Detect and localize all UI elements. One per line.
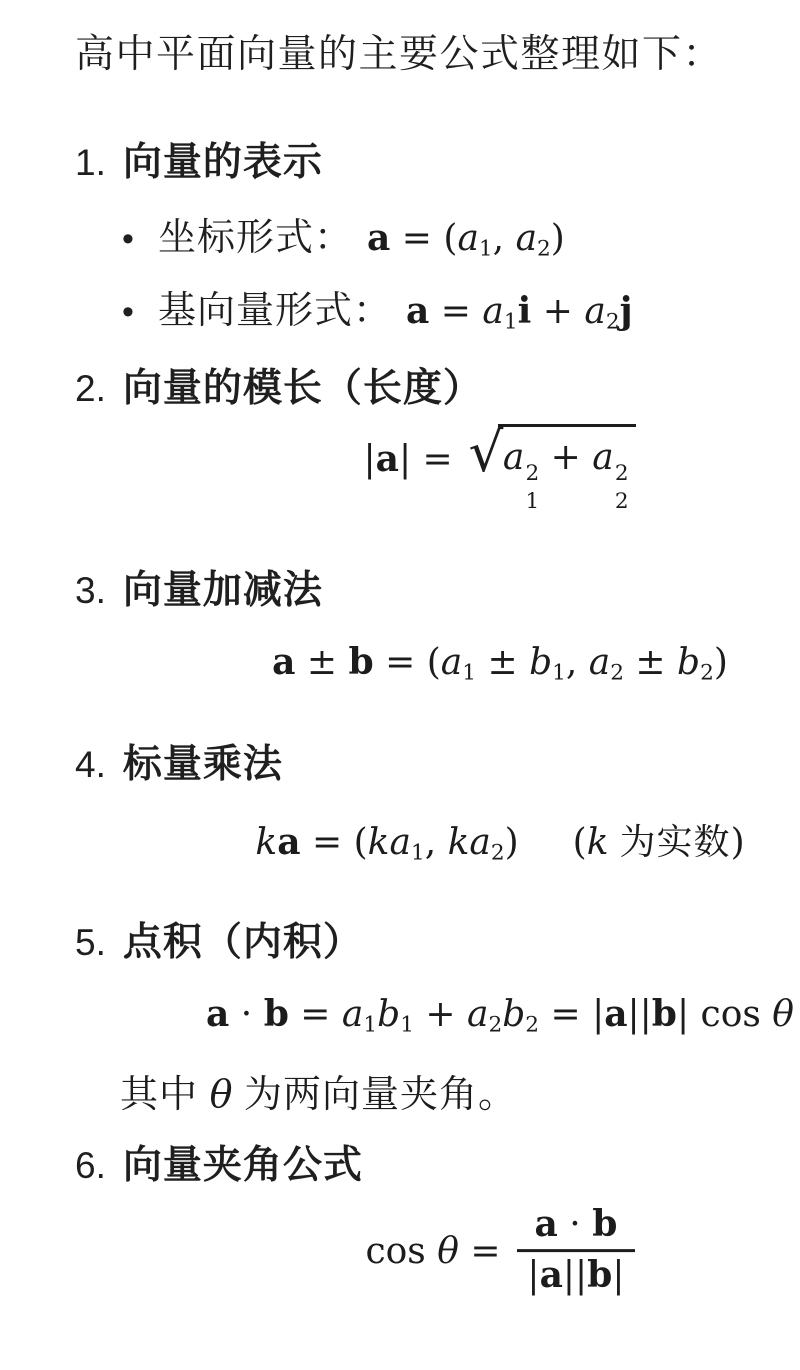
math-token: | cos — [677, 994, 772, 1035]
math-token: , — [566, 642, 589, 683]
section-6-heading-row: 6. 向量夹角公式 — [75, 1144, 800, 1189]
math-token: 其中 — [120, 1074, 210, 1116]
math-token: = ( — [390, 218, 457, 259]
section-6-number: 6. — [75, 1145, 106, 1188]
math-token: a — [535, 1204, 558, 1246]
math-token: ( — [519, 822, 587, 863]
subscript: 1 — [400, 1012, 414, 1037]
subscript: 2 — [700, 660, 714, 685]
section-4-number: 4. — [75, 744, 106, 787]
formula-add-subtract: a ± b = (a1 ± b1, a2 ± b2) — [190, 636, 800, 689]
math-token: + — [414, 994, 467, 1035]
math-token: a — [467, 994, 488, 1035]
doc-title: 高中平面向量的主要公式整理如下： — [75, 32, 800, 79]
subscript: 1 — [525, 491, 539, 513]
bullet-icon: • — [122, 292, 158, 333]
math-token: a — [469, 822, 490, 863]
formula-basis-form: a = a1i + a2j — [406, 290, 633, 333]
dot-product-note-text: 其中 θ 为两向量夹角。 — [120, 1072, 517, 1116]
math-token: b — [587, 1254, 612, 1296]
subscript: 1 — [411, 840, 425, 865]
math-token: = — [429, 291, 482, 332]
math-token: a — [592, 437, 613, 478]
formula-scalar-multiplication-math: ka = (ka1, ka2) (k 为实数) — [255, 822, 744, 863]
section-5-number: 5. — [75, 922, 106, 965]
subscript: 1 — [552, 660, 566, 685]
subscript: 2 — [610, 660, 624, 685]
math-token: ) — [551, 218, 565, 259]
math-token: b — [592, 1204, 617, 1246]
math-token: ) — [505, 822, 519, 863]
math-token: ± — [476, 642, 529, 683]
math-token: · — [558, 1205, 592, 1246]
formula-magnitude: |a| = √a21 + a22 — [190, 424, 800, 513]
bullet-coordinate-form: • 坐标形式： a = (a1, a2) — [122, 216, 800, 262]
math-token: b — [677, 642, 700, 683]
dot-product-note: 其中 θ 为两向量夹角。 — [120, 1071, 800, 1120]
math-token: a — [406, 290, 429, 332]
math-token: = — [459, 1231, 512, 1272]
math-token: + — [539, 437, 592, 478]
section-2-heading: 向量的模长（长度） — [123, 367, 483, 412]
math-token: a — [584, 291, 605, 332]
math-token: a — [389, 822, 410, 863]
math-token: j — [620, 290, 633, 332]
math-token: , — [493, 218, 516, 259]
section-3-number: 3. — [75, 570, 106, 613]
math-token: a — [342, 994, 363, 1035]
math-token: · — [229, 994, 263, 1035]
subscript: 2 — [537, 236, 551, 261]
section-1-heading: 向量的表示 — [123, 141, 323, 186]
subscript: 2 — [488, 1012, 502, 1037]
math-token: ± — [295, 642, 348, 683]
section-5-heading: 点积（内积） — [123, 921, 363, 966]
math-token: a — [277, 821, 300, 863]
math-token: k — [255, 822, 277, 863]
math-token: = | — [539, 994, 604, 1035]
bullet-basis-form: • 基向量形式： a = a1i + a2j — [122, 289, 800, 335]
section-1-number: 1. — [75, 142, 106, 185]
math-token: 为两向量夹角。 — [232, 1074, 517, 1116]
square-root: √a21 + a22 — [468, 424, 636, 513]
math-token: b — [502, 994, 525, 1035]
section-4-heading-row: 4. 标量乘法 — [75, 743, 800, 788]
section-3-heading-row: 3. 向量加减法 — [75, 569, 800, 614]
math-token: a — [367, 217, 390, 259]
math-token: cos — [365, 1231, 437, 1272]
subscript: 1 — [504, 310, 518, 335]
sup-sub-stack: 22 — [615, 463, 629, 514]
subscript: 2 — [615, 491, 629, 513]
superscript: 2 — [525, 463, 539, 485]
math-token: | — [364, 439, 376, 480]
math-token: a — [272, 641, 295, 683]
math-token: = ( — [374, 642, 441, 683]
section-2-number: 2. — [75, 368, 106, 411]
subscript: 2 — [525, 1012, 539, 1037]
math-token: θ — [772, 994, 794, 1035]
math-token: = — [289, 994, 342, 1035]
section-3-heading: 向量加减法 — [123, 569, 323, 614]
math-token: a — [604, 993, 627, 1035]
math-token: b — [264, 993, 289, 1035]
math-token: | = — [399, 439, 464, 480]
document-page: 高中平面向量的主要公式整理如下： 1. 向量的表示 • 坐标形式： a = (a… — [0, 0, 800, 1370]
subscript: 2 — [491, 840, 505, 865]
math-token: i — [518, 290, 532, 332]
formula-angle: cos θ = a · b|a||b| — [190, 1208, 800, 1298]
formula-add-subtract-math: a ± b = (a1 ± b1, a2 ± b2) — [272, 642, 728, 683]
math-token: k — [448, 822, 470, 863]
radicand: a21 + a22 — [498, 424, 637, 513]
subscript: 1 — [363, 1012, 377, 1037]
math-token: || — [628, 994, 652, 1035]
formula-coordinate-form: a = (a1, a2) — [367, 217, 565, 260]
math-token: b — [652, 993, 677, 1035]
math-token: ± — [624, 642, 677, 683]
math-token: k — [587, 822, 609, 863]
math-token: | — [527, 1255, 539, 1296]
formula-magnitude-math: |a| = √a21 + a22 — [364, 439, 637, 480]
math-token: a — [540, 1254, 563, 1296]
subscript: 2 — [606, 310, 620, 335]
subscript: 1 — [462, 660, 476, 685]
math-token: a — [457, 218, 478, 259]
formula-angle-math: cos θ = a · b|a||b| — [365, 1231, 634, 1272]
fraction-denominator: |a||b| — [517, 1249, 634, 1296]
math-token: θ — [210, 1072, 233, 1116]
math-token: a — [482, 291, 503, 332]
formula-dot-product-math: a · b = a1b1 + a2b2 = |a||b| cos θ — [206, 994, 794, 1035]
math-token: 为实数 — [609, 821, 731, 862]
formula-scalar-multiplication: ka = (ka1, ka2) (k 为实数) — [190, 816, 800, 869]
math-token: a — [206, 993, 229, 1035]
subscript: 1 — [479, 236, 493, 261]
math-token: a — [441, 642, 462, 683]
math-token: ) — [714, 642, 728, 683]
section-1-heading-row: 1. 向量的表示 — [75, 141, 800, 186]
section-4-heading: 标量乘法 — [123, 743, 283, 788]
math-token: a — [589, 642, 610, 683]
math-token: = ( — [301, 822, 368, 863]
bullet-icon: • — [122, 219, 158, 260]
formula-dot-product: a · b = a1b1 + a2b2 = |a||b| cos θ — [190, 988, 800, 1041]
sup-sub-stack: 21 — [525, 463, 539, 514]
section-5-heading-row: 5. 点积（内积） — [75, 921, 800, 966]
section-6-heading: 向量夹角公式 — [123, 1144, 363, 1189]
bullet-coordinate-form-label: 坐标形式： — [158, 216, 353, 262]
fraction-numerator: a · b — [524, 1206, 627, 1249]
section-2-heading-row: 2. 向量的模长（长度） — [75, 367, 800, 412]
math-token: a — [516, 218, 537, 259]
math-token: | — [612, 1255, 624, 1296]
math-token: k — [368, 822, 390, 863]
math-token: θ — [437, 1231, 459, 1272]
bullet-basis-form-label: 基向量形式： — [158, 289, 392, 335]
math-token: + — [531, 291, 584, 332]
math-token: b — [529, 642, 552, 683]
math-token: b — [349, 641, 374, 683]
math-token: a — [503, 437, 524, 478]
math-token: ) — [731, 822, 745, 863]
math-token: || — [563, 1255, 587, 1296]
superscript: 2 — [615, 463, 629, 485]
math-token: b — [377, 994, 400, 1035]
fraction: a · b|a||b| — [517, 1206, 634, 1296]
math-token: a — [376, 438, 399, 480]
math-token: , — [425, 822, 448, 863]
